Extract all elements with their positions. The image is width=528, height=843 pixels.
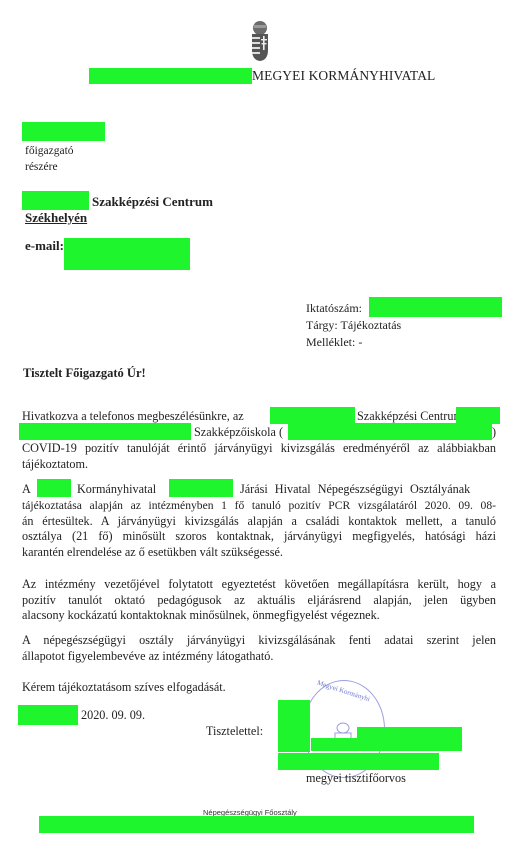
p4-line2: állapotot figyelembevéve az intézmény lá… [22, 649, 496, 665]
p2-line1-b: Kormányhivatal [77, 482, 156, 498]
recipient-title: főigazgató [25, 144, 74, 159]
p3-line3: alacsony kockázatú kontaktoknak minősüln… [22, 608, 496, 624]
signer-title: megyei tisztifőorvos [306, 771, 406, 786]
paragraph-2: A Kormányhivatal Járási Hivatal Népegész… [22, 482, 496, 560]
p4-line1: A népegészségügyi osztály járványügyi ki… [22, 633, 496, 649]
recipient-institution: Szakképzési Centrum [92, 194, 213, 209]
p3-line2: pozitív tanulót oktató pedagógusok az ak… [22, 593, 496, 609]
regards: Tisztelettel: [206, 724, 263, 739]
p2-line1-c: Járási Hivatal Népegészségügyi Osztályán… [240, 482, 470, 498]
salutation: Tisztelt Főigazgató Úr! [23, 366, 146, 381]
p2-line5: karantén elrendelése az ő esetükben vált… [22, 545, 496, 561]
redacted-city-of-issue [18, 705, 78, 725]
redacted-institution [270, 407, 355, 424]
redacted-district [169, 479, 233, 497]
paragraph-3: Az intézmény vezetőjével folytatott egye… [22, 577, 496, 624]
subject-line: Tárgy: Tájékoztatás [306, 318, 401, 333]
p2-line1-a: A [22, 482, 31, 496]
paragraph-4: A népegészségügyi osztály járványügyi ki… [22, 633, 496, 664]
stamp-text: Megyei Kormányhi [316, 679, 371, 704]
p1-line4: tájékoztatom. [22, 457, 496, 473]
issue-date: 2020. 09. 09. [81, 708, 145, 723]
redacted-institution-name [22, 191, 89, 210]
email-label: e-mail: [25, 238, 64, 253]
p2-line2: tájékoztatása alapján az intézményben 1 … [22, 498, 496, 514]
p2-line4: osztálya (21 fő) minősült szoros kontakt… [22, 529, 496, 545]
recipient-seat: Székhelyén [25, 210, 87, 225]
p1-line1-start: Hivatkozva a telefonos megbeszélésünkre,… [22, 409, 244, 423]
redacted-city [456, 407, 500, 424]
redacted-county-name [89, 68, 252, 84]
redacted-school-address [288, 423, 492, 440]
recipient-for: részére [25, 160, 58, 175]
redacted-county [37, 479, 71, 497]
reference-label: Iktatószám: [306, 301, 362, 316]
redacted-footer-address [39, 816, 474, 833]
redacted-reference-number [369, 297, 502, 317]
p2-line3: án értesültek. A járványügyi kivizsgálás… [22, 514, 496, 530]
coat-of-arms-icon [250, 18, 270, 62]
attachment-line: Melléklet: - [306, 335, 362, 350]
p1-line2-end: ) [492, 425, 496, 441]
redacted-signer-name-3 [278, 753, 439, 770]
redacted-signer-name-2 [311, 738, 462, 751]
redacted-recipient-name [22, 122, 105, 141]
paragraph-1: Hivatkozva a telefonos megbeszélésünkre,… [22, 409, 496, 472]
p1-line3: COVID-19 pozitív tanulóját érintő járván… [22, 441, 496, 457]
closing-request: Kérem tájékoztatásom szíves elfogadását. [22, 680, 226, 695]
redacted-email [64, 238, 190, 270]
redacted-school-name [19, 423, 191, 440]
office-name: MEGYEI KORMÁNYHIVATAL [252, 68, 435, 83]
redacted-signature [278, 700, 310, 752]
p3-line1: Az intézmény vezetőjével folytatott egye… [22, 577, 496, 593]
p1-line2-start: Szakképzőiskola ( [194, 425, 283, 441]
